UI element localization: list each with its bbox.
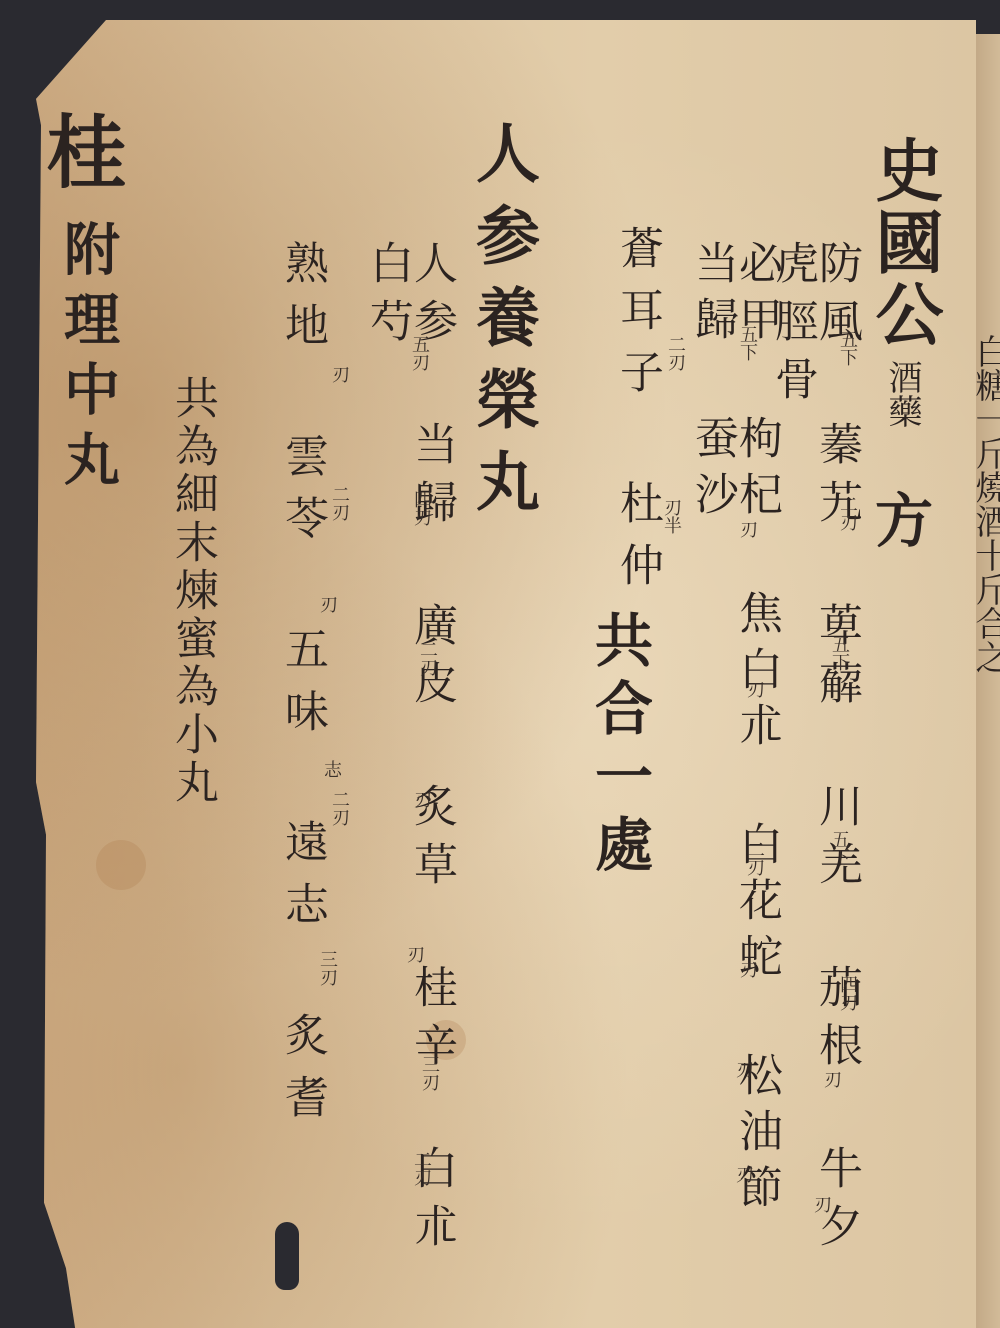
dose-note: 五下 [830, 635, 848, 671]
dose-note: 刃 [738, 960, 756, 978]
dose-note: 刃 [405, 945, 423, 963]
binding-hole [275, 1222, 299, 1290]
recipe1-title-large: 史國公 [870, 135, 938, 351]
adjacent-page-text: 白糖一斤燒酒十斤合之 [972, 334, 1000, 674]
dose-note: 二刃 [412, 1150, 430, 1186]
dose-note: 二刃 [666, 335, 684, 371]
recipe1-footer: 共合一處 [590, 610, 648, 882]
dose-note: 二刃 [330, 790, 348, 826]
dose-note: 二刃 [745, 840, 763, 876]
recipe1-title-small: 酒藥 [885, 360, 919, 428]
dose-note: 五下 [830, 830, 848, 866]
dose-note: 五下 [738, 325, 756, 361]
recipe2-footer: 共為細末煉蜜為小丸 [170, 375, 214, 807]
water-stain [96, 840, 146, 890]
dose-note: 二刃 [330, 485, 348, 521]
dose-note: 二刃 [418, 640, 436, 676]
dose-note: 刃 [812, 1195, 830, 1213]
dose-note: 四刃 [412, 490, 430, 526]
dose-note: 刃半 [662, 498, 680, 534]
recipe3-title-rest: 附理中丸 [60, 220, 116, 500]
recipe1-title-end: 方 [870, 490, 928, 548]
dose-note: 五刃 [410, 335, 428, 371]
recipe2-ingredients-col2: 熟地 雲苓 五味 遠志 炙耆 [280, 240, 324, 1136]
recipe2-title: 人参養榮丸 [470, 120, 534, 530]
dose-note: 三刃 [420, 1055, 438, 1091]
dose-note: 刃 [734, 1060, 752, 1078]
dose-note: 刃 [734, 1165, 752, 1183]
recipe3-title-first: 桂 [40, 110, 120, 194]
recipe1-ingredients-col3: 蒼耳子 杜仲 [615, 225, 659, 604]
dose-note: 刃 [330, 365, 348, 383]
dose-note: 刃 [738, 520, 756, 538]
dose-note: 二刃 [838, 495, 856, 531]
recipe1-ingredients-col1: 防風 蓁艽 萆薢 川羌 茄根 牛夕 虎脛骨 [770, 240, 858, 1328]
dose-note: 四刃 [838, 975, 856, 1011]
dose-note: 三刃 [318, 950, 336, 986]
dose-note: 五下 [838, 330, 856, 366]
dose-note: 志 [322, 760, 340, 778]
dose-note: 刃 [412, 790, 430, 808]
recipe2-ingredients-col1: 人参 当歸 廣皮 炙草 桂辛 白朮 白芍 [365, 240, 453, 1328]
dose-note: 刃 [318, 595, 336, 613]
dose-note: 刃 [822, 1070, 840, 1088]
dose-note: 刃 [745, 680, 763, 698]
